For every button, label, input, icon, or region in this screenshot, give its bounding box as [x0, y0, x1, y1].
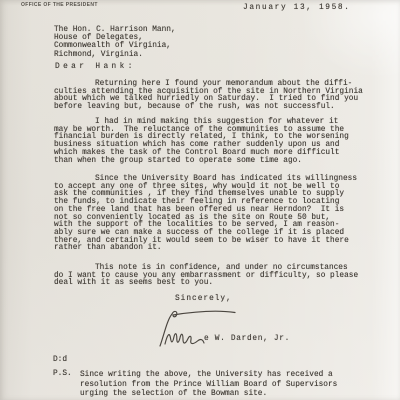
paragraph-3: Since the University Board has indicated… [54, 176, 357, 253]
salutation: Dear Hank: [55, 64, 136, 72]
postscript-line: urging the selection of the Bowman site. [80, 390, 337, 400]
paragraph-4: This note is in confidence, and under no… [54, 265, 358, 288]
postscript-lines: Since writing the above, the University … [80, 371, 337, 400]
date-line: January 13, 1958. [243, 5, 351, 13]
paragraph-1: Returning here I found your memorandum a… [54, 81, 363, 112]
typed-signature-name: e W. Darden, Jr. [204, 336, 290, 344]
body-line: before leaving but, because of the rush,… [54, 104, 363, 112]
recipient-name: The Hon. C. Harrison Mann, [54, 26, 176, 34]
letterhead-office-line: OFFICE OF THE PRESIDENT [21, 2, 98, 8]
postscript-block: P.S. Since writing the above, the Univer… [53, 371, 337, 400]
paragraph-2: I had in mind making this suggestion for… [54, 119, 349, 165]
typist-initials: D:d [53, 357, 67, 365]
recipient-region: Commonwealth of Virginia, [54, 42, 176, 50]
body-line: deal with it as seems best to you. [54, 280, 358, 288]
recipient-address-block: The Hon. C. Harrison Mann, House of Dele… [54, 26, 176, 59]
body-line: than when the group started to operate s… [54, 158, 349, 166]
postscript-label: P.S. [53, 371, 80, 400]
letter-page: OFFICE OF THE PRESIDENT January 13, 1958… [0, 0, 400, 400]
postscript-line: Since writing the above, the University … [80, 371, 337, 381]
body-line: rather than abandon it. [54, 245, 357, 253]
postscript-line: resolution from the Prince William Board… [80, 381, 337, 391]
recipient-city: Richmond, Virginia. [54, 51, 176, 59]
